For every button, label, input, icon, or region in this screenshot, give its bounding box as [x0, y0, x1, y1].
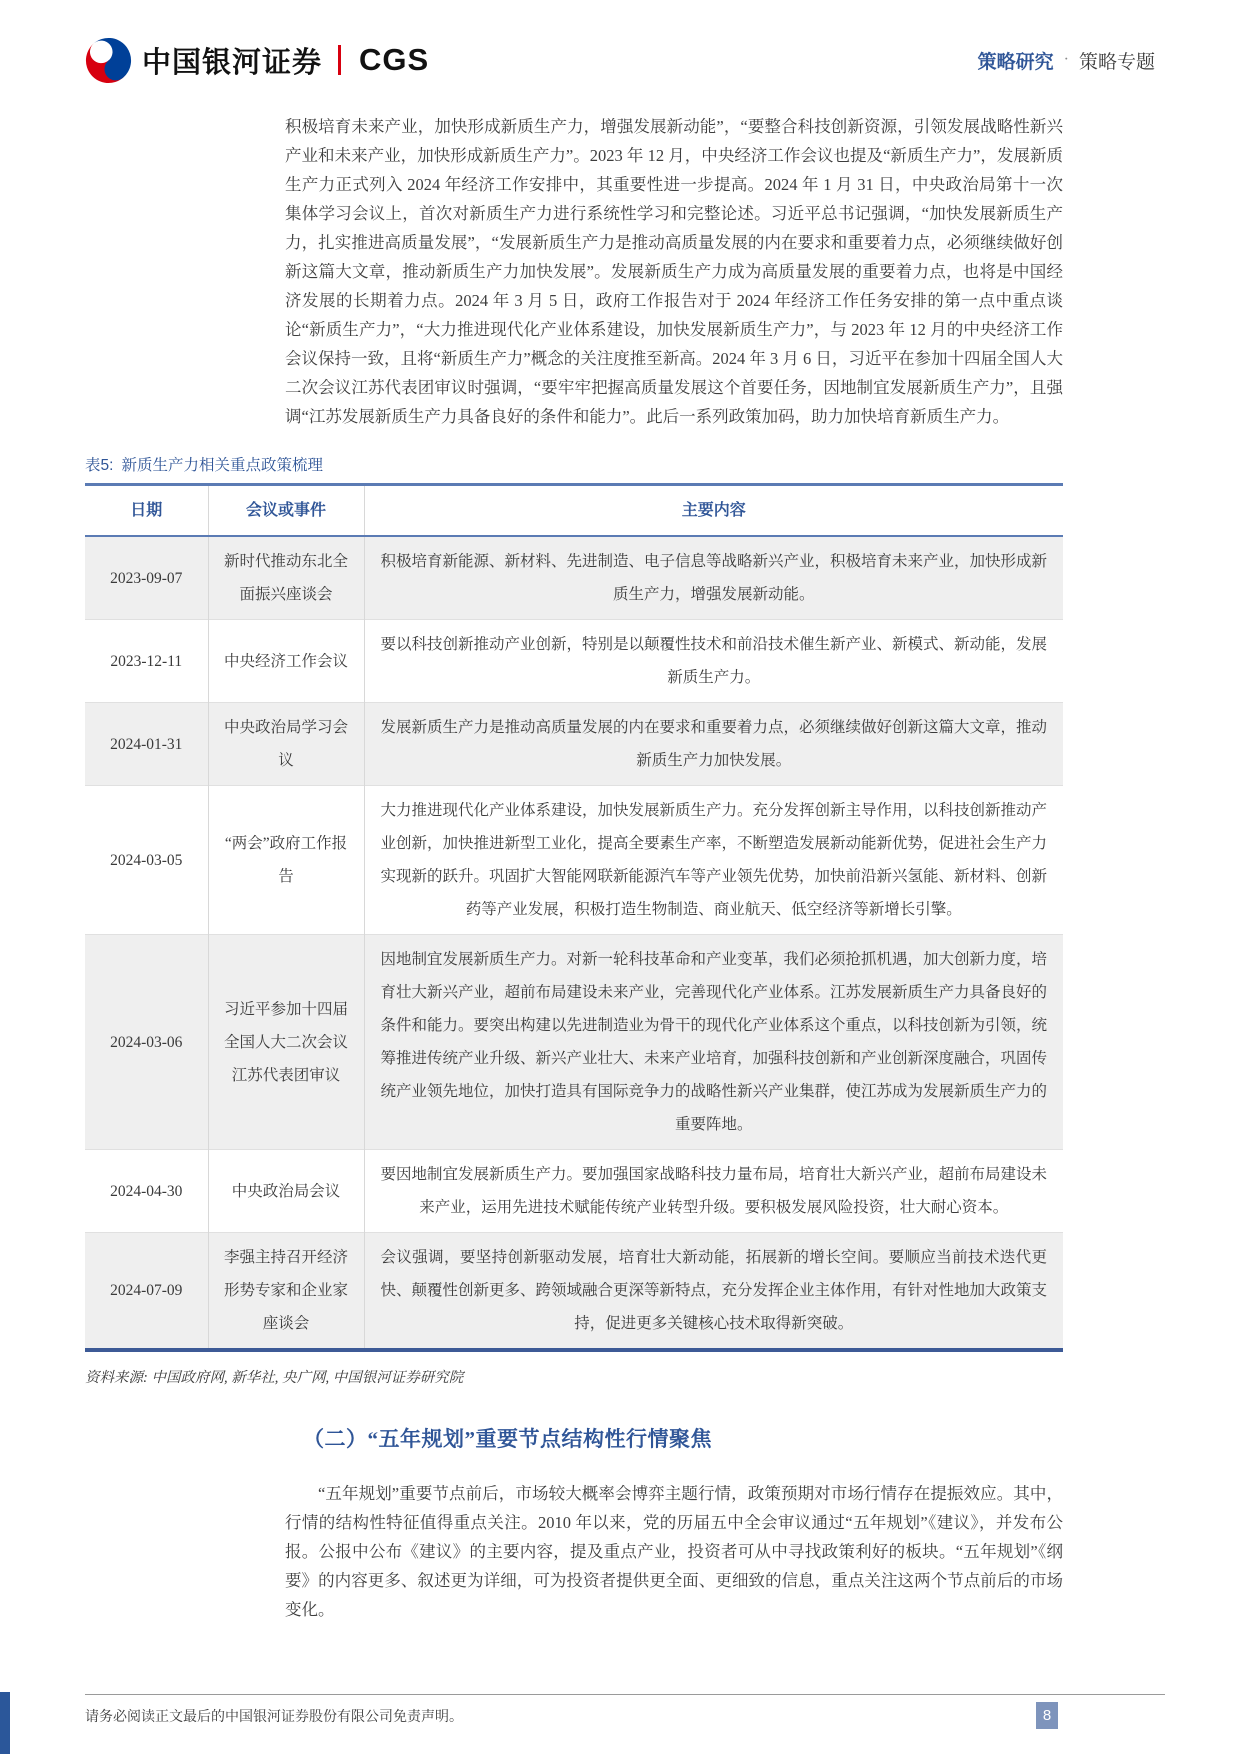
table-row: 2023-09-07新时代推动东北全面振兴座谈会积极培育新能源、新材料、先进制造…: [85, 536, 1063, 620]
section-paragraph: “五年规划”重要节点前后，市场较大概率会博弈主题行情，政策预期对市场行情存在提振…: [285, 1479, 1063, 1624]
header-row: 日期 会议或事件 主要内容: [85, 485, 1063, 537]
policy-table-body: 2023-09-07新时代推动东北全面振兴座谈会积极培育新能源、新材料、先进制造…: [85, 536, 1063, 1350]
table-caption-title: 新质生产力相关重点政策梳理: [121, 457, 323, 474]
cell-event: “两会”政府工作报告: [208, 786, 364, 935]
cell-date: 2024-03-05: [85, 786, 208, 935]
table-caption-label: 表5:: [85, 457, 113, 474]
report-page: 中国银河证券 CGS 策略研究 · 策略专题 积极培育未来产业，加快形成新质生产…: [0, 0, 1240, 1754]
footer-divider: [85, 1694, 1165, 1695]
cell-content: 因地制宜发展新质生产力。对新一轮科技革命和产业变革，我们必须抢抓机遇，加大创新力…: [364, 935, 1063, 1150]
col-header-date: 日期: [85, 485, 208, 537]
cell-content: 大力推进现代化产业体系建设，加快发展新质生产力。充分发挥创新主导作用，以科技创新…: [364, 786, 1063, 935]
cell-content: 发展新质生产力是推动高质量发展的内在要求和重要着力点，必须继续做好创新这篇大文章…: [364, 703, 1063, 786]
cell-event: 李强主持召开经济形势专家和企业家座谈会: [208, 1233, 364, 1351]
policy-table-head: 日期 会议或事件 主要内容: [85, 485, 1063, 537]
intro-paragraph: 积极培育未来产业，加快形成新质生产力，增强发展新动能”，“要整合科技创新资源，引…: [285, 112, 1063, 431]
galaxy-swirl-icon: [85, 37, 132, 84]
cell-event: 习近平参加十四届全国人大二次会议江苏代表团审议: [208, 935, 364, 1150]
policy-table: 日期 会议或事件 主要内容 2023-09-07新时代推动东北全面振兴座谈会积极…: [85, 483, 1063, 1352]
brand-divider: [338, 45, 341, 75]
footer-disclaimer: 请务必阅读正文最后的中国银河证券股份有限公司免责声明。: [85, 1706, 463, 1726]
cell-content: 会议强调，要坚持创新驱动发展，培育壮大新动能，拓展新的增长空间。要顺应当前技术迭…: [364, 1233, 1063, 1351]
table-source: 资料来源: 中国政府网, 新华社, 央广网, 中国银河证券研究院: [85, 1366, 1063, 1387]
report-category: 策略研究: [978, 47, 1054, 74]
table-row: 2024-01-31中央政治局学习会议发展新质生产力是推动高质量发展的内在要求和…: [85, 703, 1063, 786]
cell-event: 中央经济工作会议: [208, 620, 364, 703]
report-subcategory: 策略专题: [1079, 47, 1155, 74]
cell-content: 积极培育新能源、新材料、先进制造、电子信息等战略新兴产业，积极培育未来产业，加快…: [364, 536, 1063, 620]
cell-date: 2024-04-30: [85, 1150, 208, 1233]
brand-name-en: CGS: [359, 42, 429, 78]
cell-date: 2024-01-31: [85, 703, 208, 786]
brand-logo: 中国银河证券 CGS: [85, 37, 429, 84]
report-type: 策略研究 · 策略专题: [978, 47, 1155, 74]
table-caption: 表5:新质生产力相关重点政策梳理: [85, 453, 1063, 475]
col-header-content: 主要内容: [364, 485, 1063, 537]
table-row: 2024-07-09李强主持召开经济形势专家和企业家座谈会会议强调，要坚持创新驱…: [85, 1233, 1063, 1351]
table-row: 2023-12-11中央经济工作会议要以科技创新推动产业创新，特别是以颠覆性技术…: [85, 620, 1063, 703]
cell-content: 要因地制宜发展新质生产力。要加强国家战略科技力量布局，培育壮大新兴产业，超前布局…: [364, 1150, 1063, 1233]
main-content: 积极培育未来产业，加快形成新质生产力，增强发展新动能”，“要整合科技创新资源，引…: [85, 112, 1063, 1624]
table-row: 2024-03-06习近平参加十四届全国人大二次会议江苏代表团审议因地制宜发展新…: [85, 935, 1063, 1150]
cell-date: 2024-07-09: [85, 1233, 208, 1351]
section-heading: （二）“五年规划”重要节点结构性行情聚焦: [303, 1423, 1063, 1453]
cell-event: 新时代推动东北全面振兴座谈会: [208, 536, 364, 620]
col-header-event: 会议或事件: [208, 485, 364, 537]
cell-content: 要以科技创新推动产业创新，特别是以颠覆性技术和前沿技术催生新产业、新模式、新动能…: [364, 620, 1063, 703]
page-number-badge: 8: [1036, 1702, 1058, 1729]
table-row: 2024-04-30中央政治局会议要因地制宜发展新质生产力。要加强国家战略科技力…: [85, 1150, 1063, 1233]
cell-date: 2024-03-06: [85, 935, 208, 1150]
separator-dot: ·: [1064, 51, 1069, 69]
cell-event: 中央政治局会议: [208, 1150, 364, 1233]
page-header: 中国银河证券 CGS 策略研究 · 策略专题: [85, 34, 1155, 86]
cell-date: 2023-09-07: [85, 536, 208, 620]
table-row: 2024-03-05“两会”政府工作报告大力推进现代化产业体系建设，加快发展新质…: [85, 786, 1063, 935]
cell-event: 中央政治局学习会议: [208, 703, 364, 786]
brand-name-cn: 中国银河证券: [142, 40, 322, 81]
corner-stripe: [0, 1692, 10, 1754]
cell-date: 2023-12-11: [85, 620, 208, 703]
